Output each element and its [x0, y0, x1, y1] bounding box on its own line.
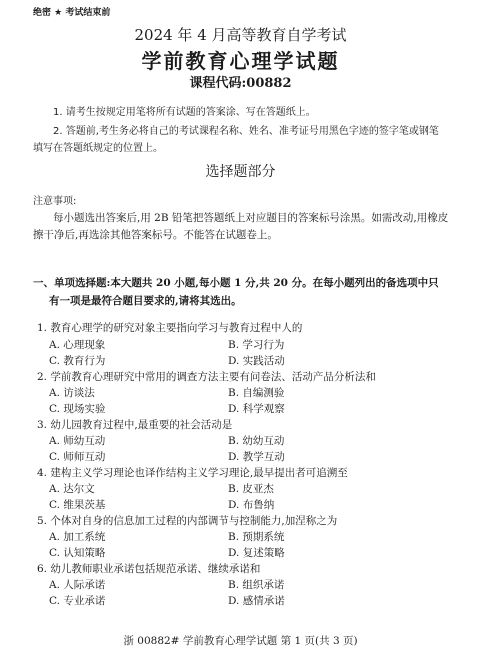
- option-d: D. 实践活动: [228, 353, 285, 368]
- option-b: B. 学习行为: [228, 337, 284, 352]
- option-a: A. 加工系统: [49, 529, 105, 544]
- option-b: B. 预期系统: [228, 529, 284, 544]
- part-one-heading-cont: 有一项是最符合题目要求的,请将其选出。: [49, 293, 242, 308]
- option-d: D. 教学互动: [228, 449, 285, 464]
- option-c: C. 现场实验: [49, 401, 105, 416]
- option-a: A. 人际承诺: [49, 577, 105, 592]
- option-d: D. 布鲁纳: [228, 497, 274, 512]
- option-a: A. 心理现象: [49, 337, 105, 352]
- option-a: A. 访谈法: [49, 385, 95, 400]
- question-stem: 2. 学前教育心理研究中常用的调查方法主要有问卷法、活动产品分析法和: [37, 369, 376, 384]
- part-one-heading: 一、单项选择题:本大题共 20 小题,每小题 1 分,共 20 分。在每小题列出…: [33, 275, 439, 290]
- option-c: C. 维果茨基: [49, 497, 105, 512]
- secret-mark: 绝密 ★ 考试结束前: [33, 5, 110, 18]
- option-a: A. 师幼互动: [49, 433, 105, 448]
- notes-line-1: 每小题选出答案后,用 2B 铅笔把答题纸上对应题目的答案标号涂黑。如需改动,用橡…: [53, 210, 448, 225]
- question-stem: 4. 建构主义学习理论也译作结构主义学习理论,最早提出者可追溯至: [37, 465, 348, 480]
- notes-label: 注意事项:: [33, 192, 76, 207]
- question-stem: 6. 幼儿教师职业承诺包括规范承诺、继续承诺和: [37, 561, 260, 576]
- option-a: A. 达尔文: [49, 481, 95, 496]
- option-c: C. 师师互动: [49, 449, 105, 464]
- option-c: C. 专业承诺: [49, 593, 105, 608]
- subject-title: 学前教育心理学试题: [0, 45, 481, 74]
- notes-line-2: 擦干净后,再选涂其他答案标号。不能答在试题卷上。: [33, 227, 278, 242]
- exam-title: 2024 年 4 月高等教育自学考试: [0, 24, 481, 45]
- option-c: C. 教育行为: [49, 353, 105, 368]
- option-b: B. 自编测验: [228, 385, 284, 400]
- option-c: C. 认知策略: [49, 545, 105, 560]
- page-footer: 浙 00882# 学前教育心理学试题 第 1 页(共 3 页): [0, 633, 481, 648]
- question-stem: 5. 个体对自身的信息加工过程的内部调节与控制能力,加涅称之为: [37, 513, 337, 528]
- option-b: B. 组织承诺: [228, 577, 284, 592]
- instruction-1: 1. 请考生按规定用笔将所有试题的答案涂、写在答题纸上。: [53, 103, 316, 118]
- section-title: 选择题部分: [0, 161, 481, 181]
- option-d: D. 感情承诺: [228, 593, 285, 608]
- option-d: D. 复述策略: [228, 545, 285, 560]
- option-b: B. 皮亚杰: [228, 481, 274, 496]
- question-stem: 1. 教育心理学的研究对象主要指向学习与教育过程中人的: [37, 320, 302, 335]
- option-d: D. 科学观察: [228, 401, 285, 416]
- question-stem: 3. 幼儿园教育过程中,最重要的社会活动是: [37, 417, 232, 432]
- instruction-2-cont: 填写在答题纸规定的位置上。: [33, 139, 163, 154]
- instruction-2: 2. 答题前,考生务必将自己的考试课程名称、姓名、准考证号用黑色字迹的签字笔或钢…: [53, 122, 439, 137]
- option-b: B. 幼幼互动: [228, 433, 284, 448]
- course-code: 课程代码:00882: [0, 72, 481, 91]
